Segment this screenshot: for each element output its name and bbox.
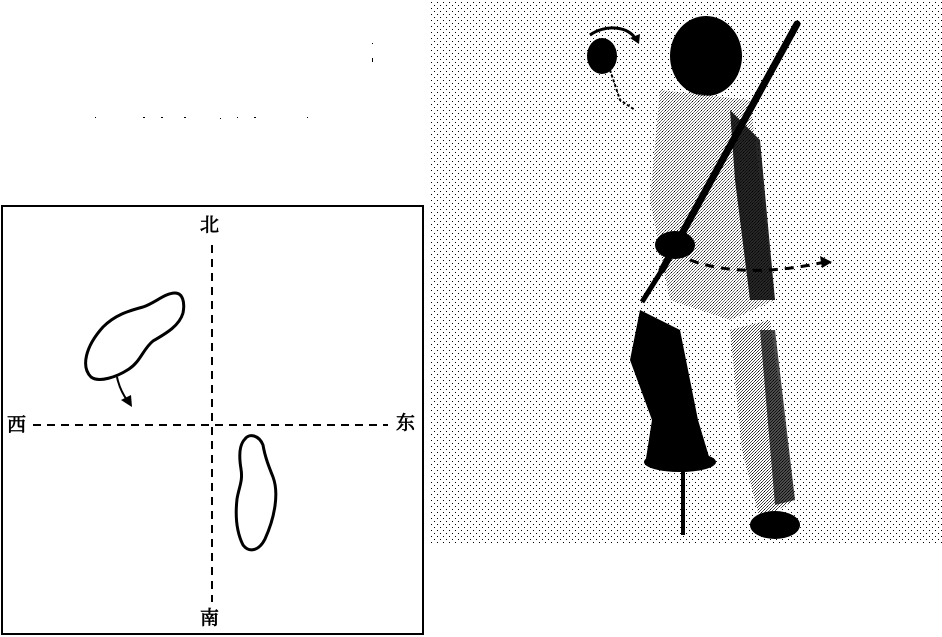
footwork-drawing	[3, 207, 422, 633]
turn-arrowhead	[121, 395, 132, 407]
west-label: 西	[7, 416, 26, 435]
east-label: 东	[396, 414, 415, 433]
practitioner-figure	[430, 0, 942, 545]
north-label: 北	[200, 216, 219, 235]
footwork-diagram: 北 南 西 东	[1, 205, 424, 635]
gripping-hand	[655, 231, 695, 259]
raised-hand	[587, 38, 617, 74]
left-footprint	[86, 293, 184, 379]
scan-specks	[0, 0, 430, 205]
right-footprint	[236, 436, 276, 550]
head	[670, 16, 742, 96]
back-foot	[750, 511, 800, 539]
front-foot	[644, 452, 716, 472]
south-label: 南	[200, 609, 219, 628]
practitioner-photo	[430, 0, 942, 545]
